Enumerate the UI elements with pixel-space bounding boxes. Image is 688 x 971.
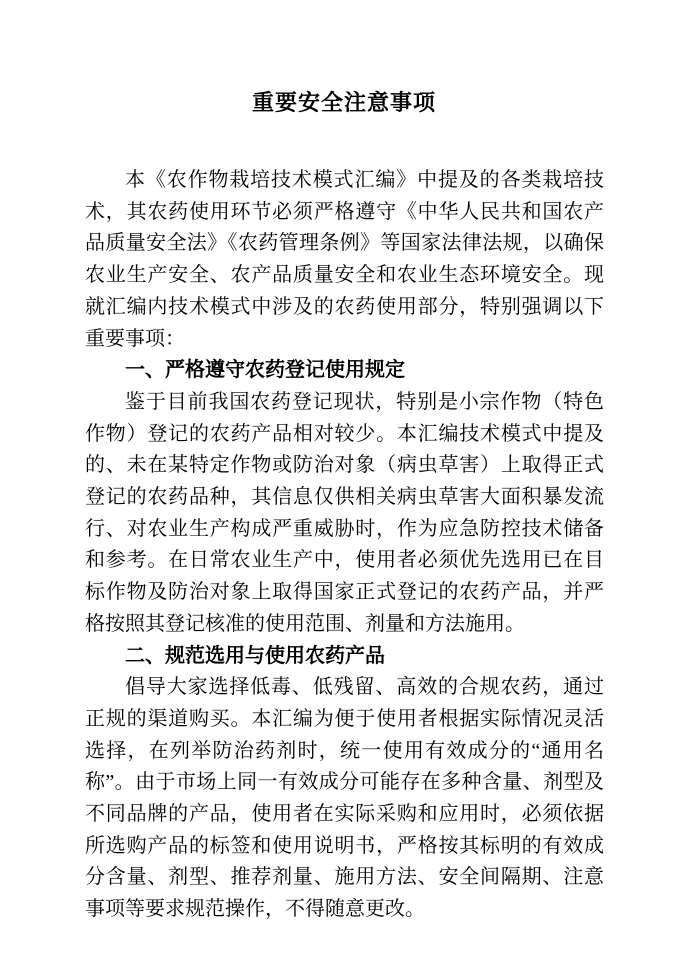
paragraph-section-1: 鉴于目前我国农药登记现状，特别是小宗作物（特色作物）登记的农药产品相对较少。本汇… — [85, 387, 604, 641]
section-heading-2: 二、规范选用与使用农药产品 — [85, 641, 604, 673]
document-title: 重要安全注意事项 — [0, 89, 688, 117]
paragraph-section-2: 倡导大家选择低毒、低残留、高效的合规农药，通过正规的渠道购买。本汇编为便于使用者… — [85, 672, 604, 926]
document-body: 本《农作物栽培技术模式汇编》中提及的各类栽培技术，其农药使用环节必须严格遵守《中… — [85, 165, 604, 926]
section-heading-1: 一、严格遵守农药登记使用规定 — [85, 355, 604, 387]
paragraph-intro: 本《农作物栽培技术模式汇编》中提及的各类栽培技术，其农药使用环节必须严格遵守《中… — [85, 165, 604, 355]
document-page: 重要安全注意事项 本《农作物栽培技术模式汇编》中提及的各类栽培技术，其农药使用环… — [0, 0, 688, 971]
